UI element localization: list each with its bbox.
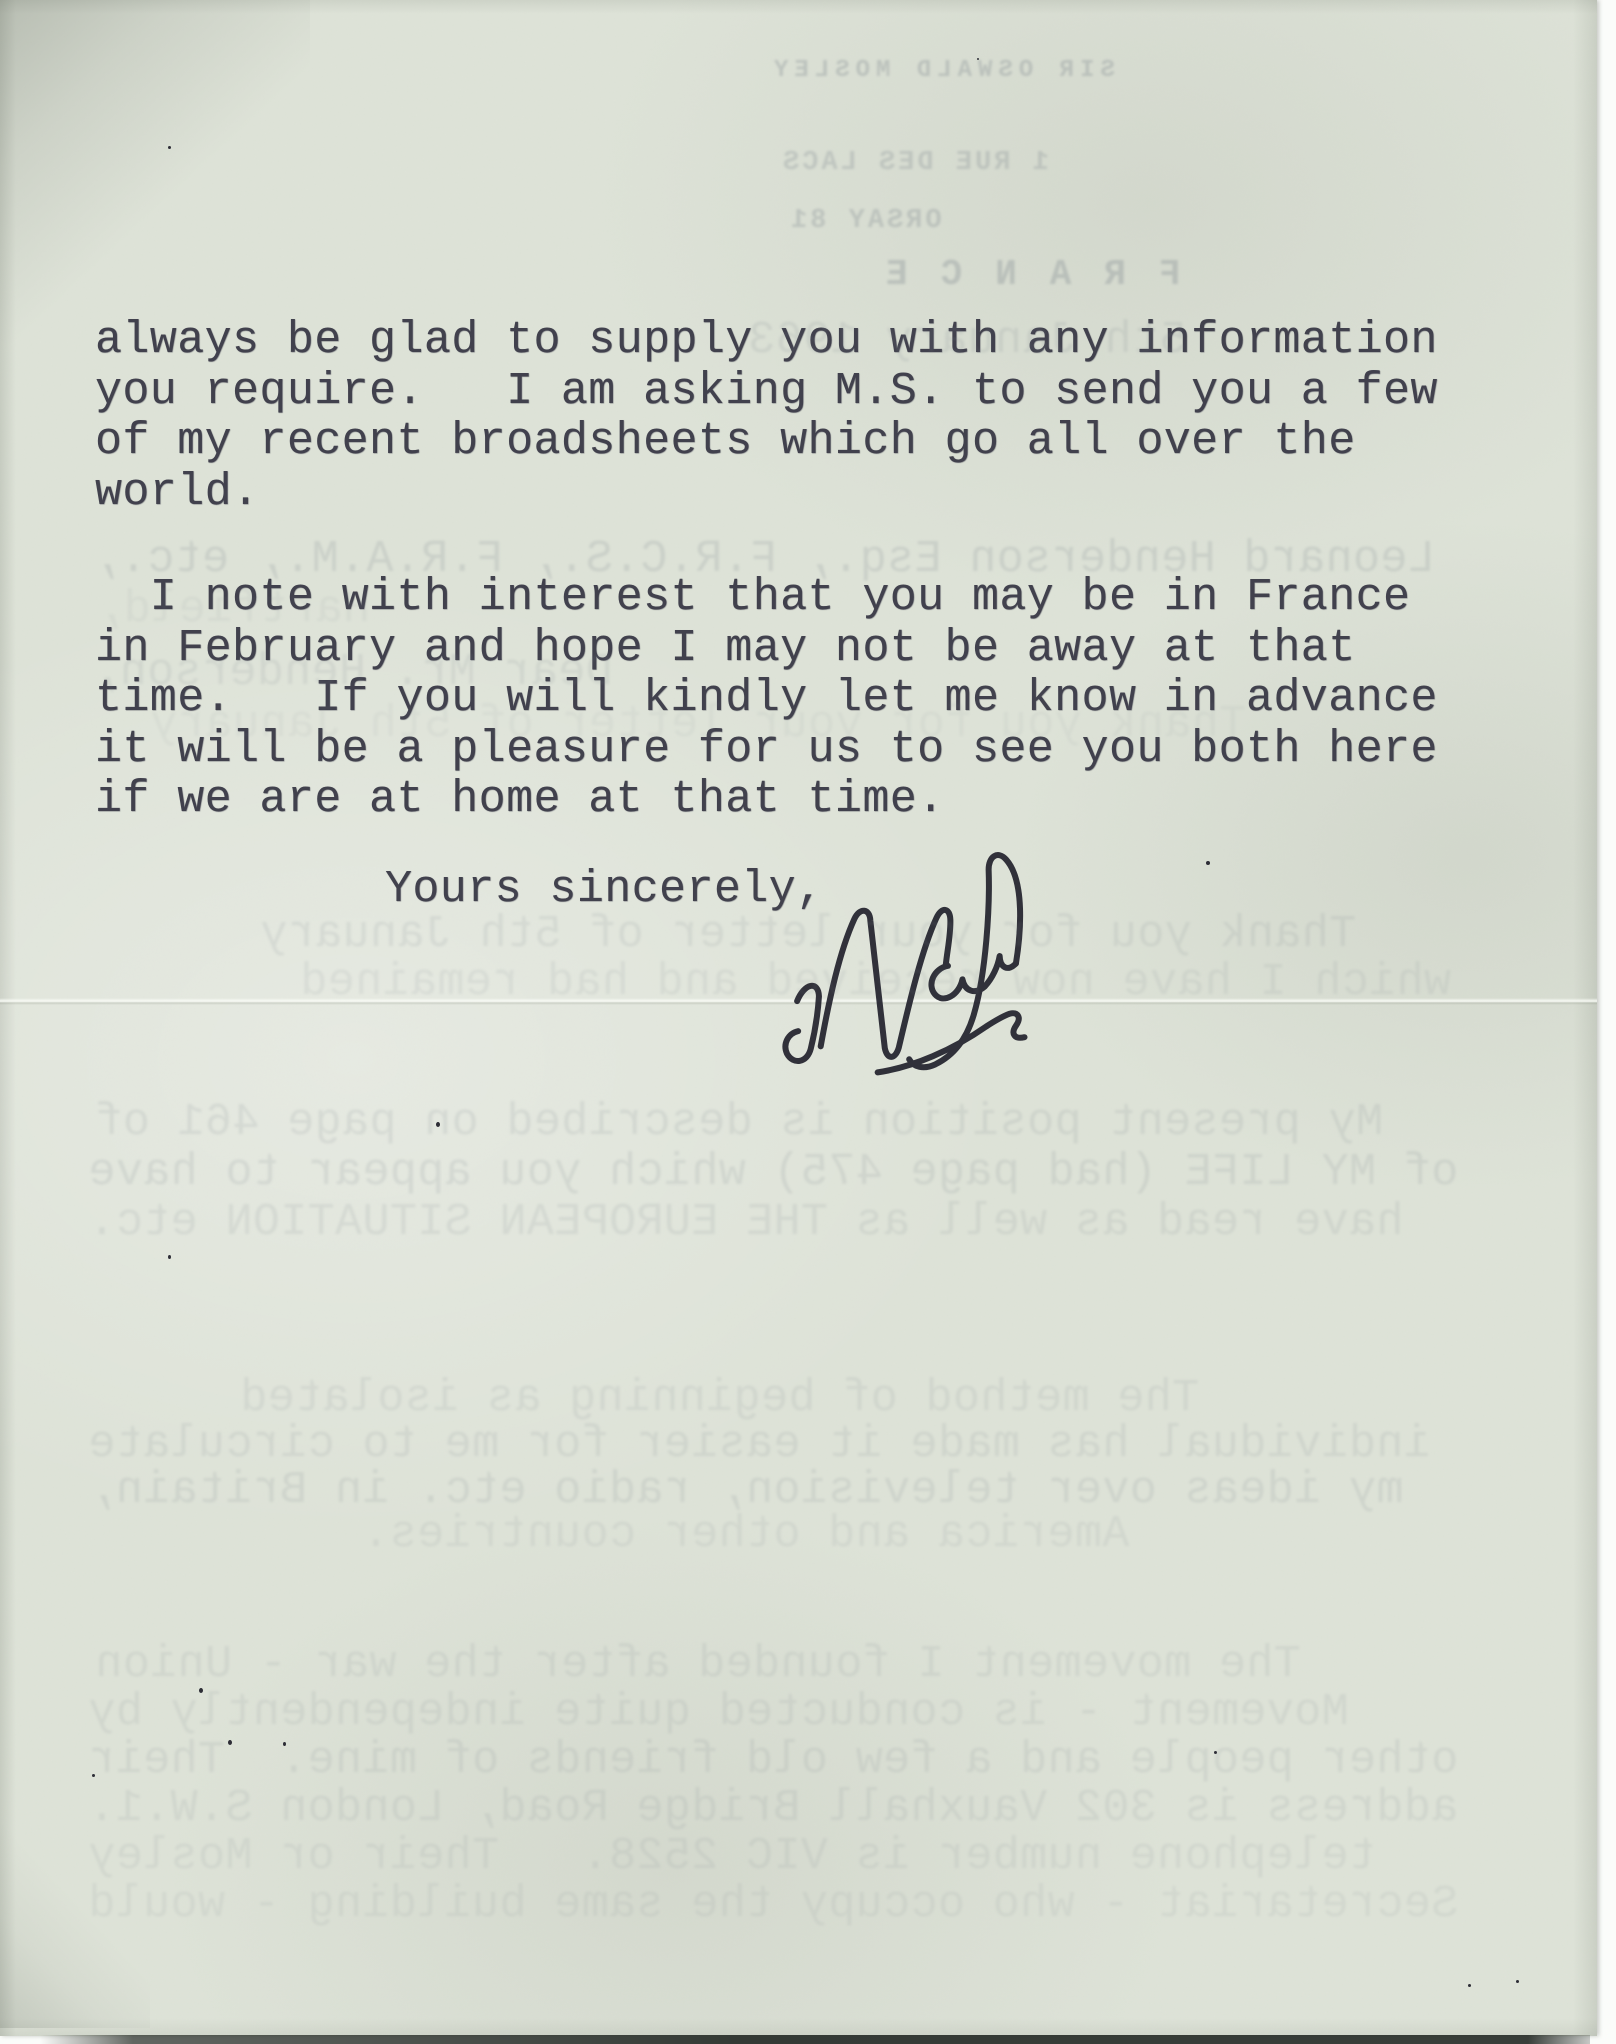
bleedthrough-line: my ideas over television, radio etc. in … xyxy=(88,1466,1403,1516)
bleedthrough-line: of MY LIFE (had page 475) which you appe… xyxy=(88,1148,1458,1198)
signature-name: O. Mosley xyxy=(0,0,1,1)
paper-bottom-edge-shadow xyxy=(40,2035,1590,2044)
ink-speck xyxy=(1214,1751,1217,1754)
bleedthrough-line: SIR OSWALD MOSLEY xyxy=(768,58,1115,84)
typed-line: world. xyxy=(95,468,1438,519)
bleedthrough-line: individual has made it easier for me to … xyxy=(88,1420,1431,1470)
bleedthrough-line: The movement I founded after the war - U… xyxy=(95,1640,1301,1690)
ink-speck xyxy=(168,1255,171,1259)
top-left-fold-shadow xyxy=(0,0,310,350)
bleedthrough-line: ORSAY 81 xyxy=(788,207,942,237)
typed-line: always be glad to supply you with any in… xyxy=(95,316,1438,367)
typed-line: I note with interest that you may be in … xyxy=(95,573,1438,624)
bleedthrough-line: America and other countries. xyxy=(362,1510,1129,1560)
typed-paragraph: I note with interest that you may be in … xyxy=(95,573,1438,826)
bleedthrough-line: Movement - is conducted quite independen… xyxy=(88,1688,1349,1738)
bleedthrough-line: The method of beginning as isolated xyxy=(240,1374,1199,1424)
bleedthrough-line: Secretariat - who occupy the same buildi… xyxy=(88,1880,1458,1930)
typed-body: always be glad to supply you with any in… xyxy=(95,316,1438,826)
ink-speck xyxy=(977,58,979,60)
typed-line: in February and hope I may not be away a… xyxy=(95,624,1438,675)
closing-line: Yours sincerely, xyxy=(385,865,823,916)
bleedthrough-line: have read as well as THE EUROPEAN SITUAT… xyxy=(88,1198,1403,1248)
typed-line: it will be a pleasure for us to see you … xyxy=(95,725,1438,776)
bleedthrough-line: telephone number is VIC 2528. Their or M… xyxy=(88,1832,1376,1882)
ink-speck xyxy=(168,146,171,149)
typed-line: you require. I am asking M.S. to send yo… xyxy=(95,367,1438,418)
bleedthrough-line: FRANCE xyxy=(853,255,1181,295)
scanned-letter-scene: always be glad to supply you with any in… xyxy=(0,0,1616,2044)
bleedthrough-line: My present position is described on page… xyxy=(95,1098,1383,1148)
typed-line: of my recent broadsheets which go all ov… xyxy=(95,417,1438,468)
bottom-left-bend-shadow xyxy=(0,1808,150,2028)
handwritten-signature xyxy=(766,840,1064,1095)
ink-speck xyxy=(1516,1980,1519,1983)
bleedthrough-line: other people and a few old friends of mi… xyxy=(88,1736,1458,1786)
ink-speck xyxy=(199,1688,203,1693)
ink-speck xyxy=(436,1122,440,1127)
ink-speck xyxy=(1468,1984,1471,1987)
bleedthrough-line: 1 RUE DES LACS xyxy=(780,149,1049,179)
letter-paper: always be glad to supply you with any in… xyxy=(0,0,1597,2036)
bleedthrough-line: address is 302 Vauxhall Bridge Road, Lon… xyxy=(88,1784,1458,1834)
typed-paragraph: always be glad to supply you with any in… xyxy=(95,316,1438,518)
ink-speck xyxy=(92,1774,95,1777)
typed-line: time. If you will kindly let me know in … xyxy=(95,674,1438,725)
ink-speck xyxy=(1206,861,1210,865)
ink-speck xyxy=(283,1742,286,1746)
ink-speck xyxy=(228,1740,232,1745)
typed-line: if we are at home at that time. xyxy=(95,775,1438,826)
